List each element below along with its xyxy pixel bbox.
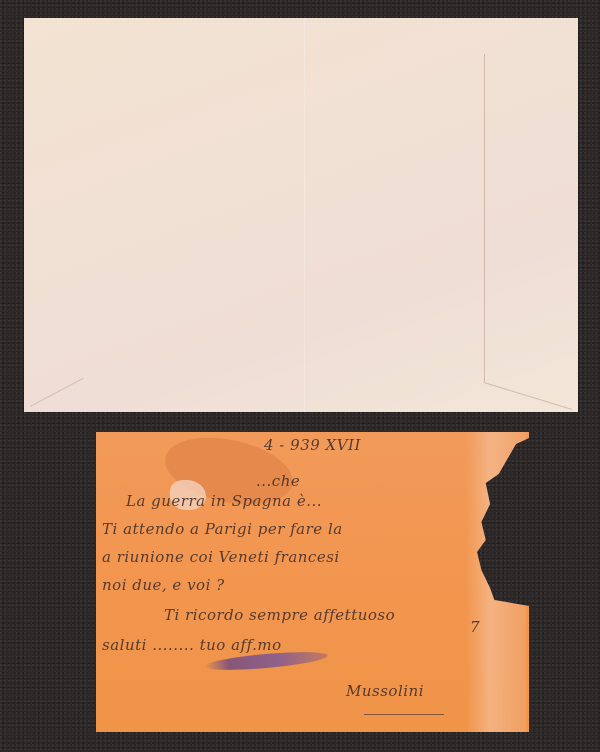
signature-underline (364, 714, 444, 715)
postcard-line: noi due, e voi ? (102, 576, 225, 594)
postcard-margin-note: 7 (470, 618, 480, 636)
envelope-flap-edge (484, 54, 485, 382)
postcard-line: Ti ricordo sempre affettuoso (164, 606, 395, 624)
envelope-back (24, 18, 578, 412)
postcard-line: La guerra in Spagna è... (126, 492, 322, 510)
postcard: 4 - 939 XVII ...che La guerra in Spagna … (96, 432, 529, 732)
postcard-date: 4 - 939 XVII (264, 436, 361, 454)
postcard-water-stain (466, 432, 526, 732)
postcard-line: a riunione coi Veneti francesi (102, 548, 340, 566)
postcard-signature: Mussolini (346, 682, 424, 700)
envelope-corner-crease (30, 378, 83, 407)
postcard-line: Ti attendo a Parigi per fare la (102, 520, 343, 538)
envelope-flap-corner (484, 382, 572, 410)
postcard-line: ...che (256, 472, 300, 490)
postcard-line: saluti ........ tuo aff.mo (102, 636, 282, 654)
envelope-fold (304, 18, 305, 412)
